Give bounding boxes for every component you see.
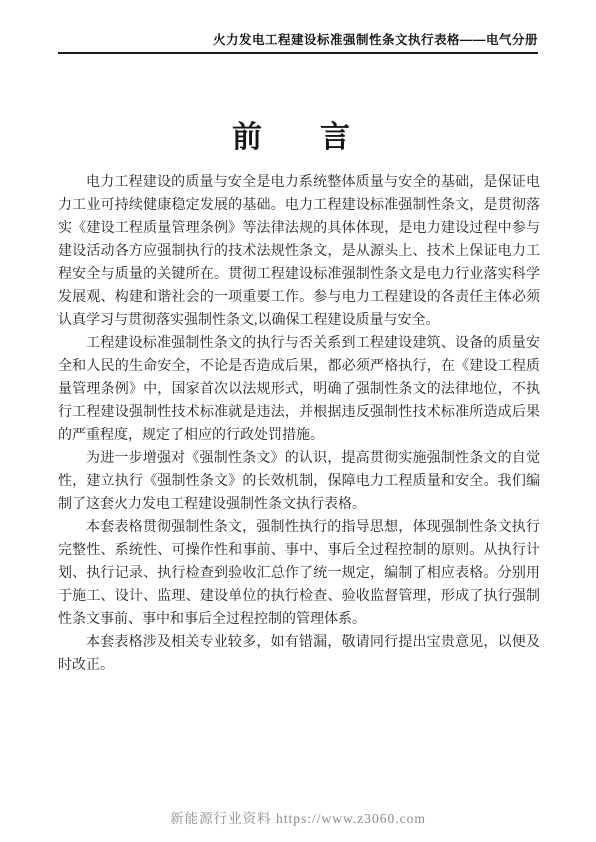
paragraph: 电力工程建设的质量与安全是电力系统整体质量与安全的基础，是保证电力工业可持续健康…	[58, 171, 540, 332]
paragraph: 本套表格涉及相关专业较多，如有错漏，敬请同行提出宝贵意见，以便及时改正。	[58, 631, 540, 677]
page-header: 火力发电工程建设标准强制性条文执行表格——电气分册	[58, 30, 538, 54]
paragraph: 本套表格贯彻强制性条文，强制性执行的指导思想，体现强制性条文执行完整性、系统性、…	[58, 516, 540, 631]
watermark-footer: 新能源行业资料 https://www.z3060.com	[0, 807, 596, 827]
paragraph: 为进一步增强对《强制性条文》的认识，提高贯彻实施强制性条文的自觉性，建立执行《强…	[58, 447, 540, 516]
paragraph: 工程建设标准强制性条文的执行与否关系到工程建设建筑、设备的质量安全和人民的生命安…	[58, 332, 540, 447]
header-title: 火力发电工程建设标准强制性条文执行表格——电气分册	[213, 33, 538, 47]
document-page: 火力发电工程建设标准强制性条文执行表格——电气分册 前 言 电力工程建设的质量与…	[0, 0, 596, 842]
page-title: 前 言	[0, 112, 596, 156]
body-text: 电力工程建设的质量与安全是电力系统整体质量与安全的基础，是保证电力工业可持续健康…	[58, 171, 540, 677]
